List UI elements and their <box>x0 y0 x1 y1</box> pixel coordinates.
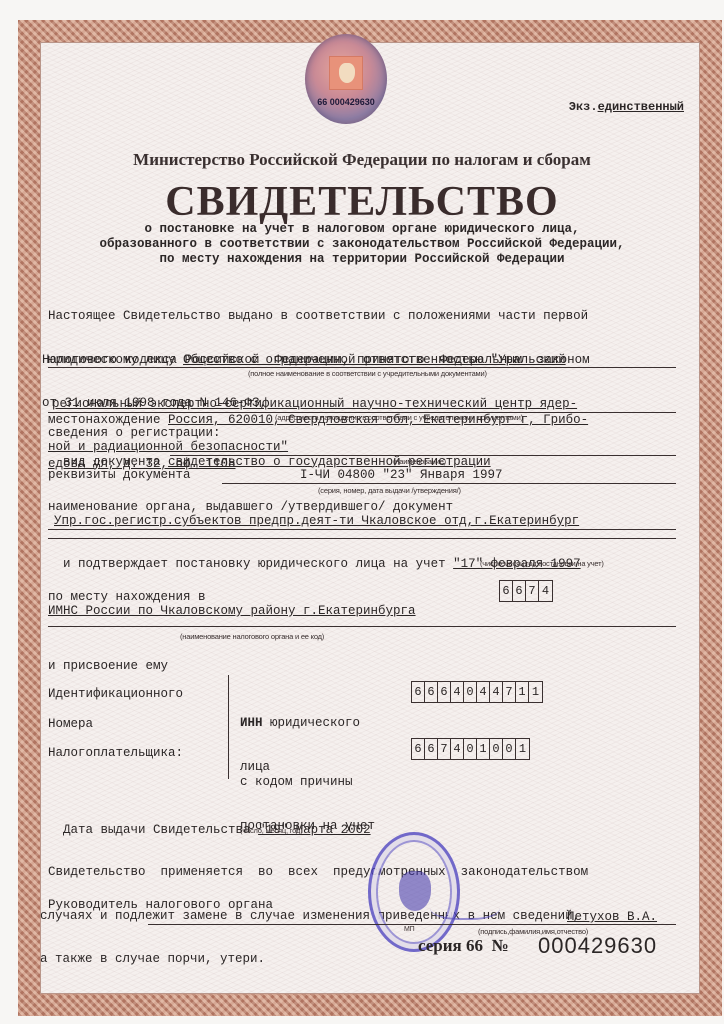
legal-entity-caption: (полное наименование в соответствии с уч… <box>248 369 487 378</box>
validity-line: Свидетельство применяется во всех предус… <box>40 865 588 880</box>
doc-type-caption: (наименование) <box>393 457 446 466</box>
kpp-digit: 0 <box>503 739 516 759</box>
subtitle-line: образованного в соответствии с законодат… <box>0 237 724 252</box>
document-title: СВИДЕТЕЛЬСТВО <box>0 178 724 226</box>
handwritten-signature <box>430 890 500 920</box>
hologram-number: 66 000429630 <box>305 97 387 107</box>
kpp-digit: 0 <box>490 739 503 759</box>
tax-office-name: ИМНС России по Чкаловскому району г.Екат… <box>48 604 416 619</box>
authority-value: Упр.гос.регистр.субъектов предпр.деят-ти… <box>54 514 579 529</box>
issue-date-row: Дата выдачи Свидетельства "19" Марта 200… <box>48 808 371 837</box>
ministry-name: Министерство Российской Федерации по нал… <box>0 150 724 170</box>
coat-of-arms-icon <box>329 56 363 90</box>
doc-details-caption: (серия, номер, дата выдачи /утверждения/… <box>318 486 461 495</box>
series-label: серия 66 № <box>418 936 509 956</box>
underline <box>222 483 676 484</box>
series-number: 000429630 <box>538 933 657 959</box>
kpp-digit: 7 <box>438 739 451 759</box>
kpp-digits: 6 6 7 4 0 1 0 0 1 <box>411 738 530 760</box>
inn-digit: 6 <box>425 682 438 702</box>
underline <box>48 529 676 530</box>
inn-side-label: Налогоплательщика: <box>48 746 183 761</box>
confirmation-text: и подтверждает постановку юридического л… <box>63 557 453 571</box>
document-subtitle: о постановке на учет в налоговом органе … <box>0 222 724 267</box>
kpp-digit: 4 <box>451 739 464 759</box>
issue-date-caption: (число, месяц, год) <box>240 826 302 835</box>
kpp-digit: 6 <box>412 739 425 759</box>
legal-entity-label: юридическому лицу <box>48 353 183 367</box>
inn-digit: 6 <box>412 682 425 702</box>
code-digit: 6 <box>513 581 526 601</box>
issue-date-label: Дата выдачи Свидетельства <box>63 823 258 837</box>
tax-office-label: по месту нахождения в <box>48 590 206 605</box>
signer-name: Петухов В.А. <box>567 910 657 925</box>
registration-heading: сведения о регистрации: <box>48 426 221 441</box>
inn-digit: 1 <box>516 682 529 702</box>
code-digit: 7 <box>526 581 539 601</box>
intro-line: Настоящее Свидетельство выдано в соответ… <box>42 309 590 324</box>
doc-details-label: реквизиты документа <box>48 468 191 483</box>
confirmation-caption: (число,месяц,год постановки на учет) <box>480 559 604 568</box>
signer-label: Руководитель налогового органа <box>48 898 273 913</box>
kpp-label-line1: с кодом причины <box>240 775 375 790</box>
inn-digit: 1 <box>529 682 542 702</box>
copy-label-prefix: Экз. <box>569 100 598 114</box>
kpp-digit: 1 <box>477 739 490 759</box>
underline <box>48 538 676 539</box>
stamp-mark-label: МП <box>404 926 414 933</box>
tax-office-caption: (наименование налогового органа и ее код… <box>180 632 324 641</box>
doc-details-value: I-ЧИ 04800 "23" Января 1997 <box>300 468 503 483</box>
signature-line <box>148 924 676 925</box>
kpp-digit: 6 <box>425 739 438 759</box>
assignment-heading: и присвоение ему <box>48 659 168 674</box>
inn-side-label: Идентификационного <box>48 687 183 702</box>
eagle-emblem-icon <box>399 871 431 911</box>
kpp-digit: 1 <box>516 739 529 759</box>
inn-digits: 6 6 6 4 0 4 4 7 1 1 <box>411 681 543 703</box>
code-digit: 6 <box>500 581 513 601</box>
inn-label-bold: ИНН <box>240 716 263 730</box>
hologram-seal: 66 000429630 <box>305 34 387 124</box>
copy-label: Экз.единственный <box>569 100 684 114</box>
underline <box>48 367 676 368</box>
inn-digit: 4 <box>490 682 503 702</box>
location-caption: (адрес места нахождения в соответствии с… <box>275 413 523 422</box>
inn-digit: 4 <box>451 682 464 702</box>
kpp-digit: 0 <box>464 739 477 759</box>
inn-label-rest: юридического <box>263 716 361 730</box>
copy-label-value: единственный <box>598 100 684 114</box>
location-label: местонахождение <box>48 413 168 427</box>
underline <box>48 626 676 627</box>
inn-digit: 6 <box>438 682 451 702</box>
underline <box>170 455 676 456</box>
authority-label: наименование органа, выдавшего /утвердив… <box>48 500 453 515</box>
legal-entity-name: Общество с ограниченной ответственностью… <box>183 353 566 367</box>
code-digit: 4 <box>539 581 552 601</box>
subtitle-line: о постановке на учет в налоговом органе … <box>0 222 724 237</box>
tax-office-code: 6 6 7 4 <box>499 580 553 602</box>
inn-digit: 4 <box>477 682 490 702</box>
doc-type-label: вид документа <box>63 455 168 469</box>
inn-digit: 0 <box>464 682 477 702</box>
divider <box>228 675 229 779</box>
inn-side-label: Номера <box>48 717 93 732</box>
inn-digit: 7 <box>503 682 516 702</box>
subtitle-line: по месту нахождения на территории Россий… <box>0 252 724 267</box>
